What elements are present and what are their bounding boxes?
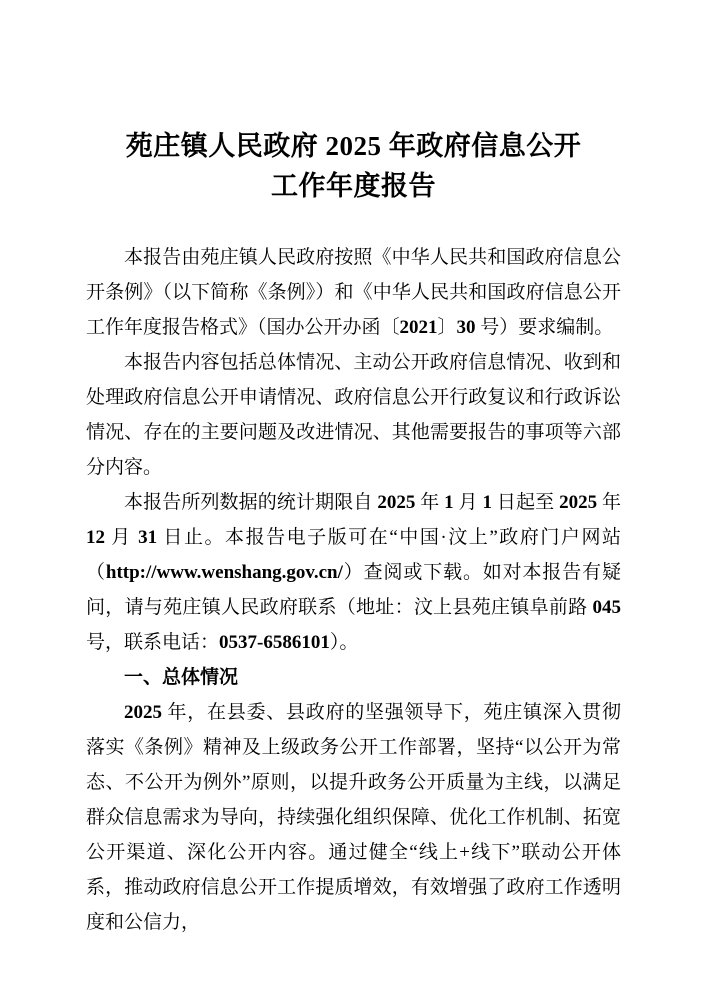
text-run: 31 [138,527,157,548]
paragraph-overall-situation: 2025 年，在县委、县政府的坚强领导下，苑庄镇深入贯彻落实《条例》精神及上级政… [86,695,621,940]
text-run: 号，联系电话： [86,632,219,653]
text-run: 12 [86,527,105,548]
text-run: 月 [105,527,138,548]
text-run: 年 [597,492,621,513]
text-run: 本报告所列数据的统计期限自 [124,492,377,513]
title-line-2: 工作年度报告 [0,166,707,206]
page-title: 苑庄镇人民政府 2025 年政府信息公开 工作年度报告 [0,0,707,206]
document-page: 苑庄镇人民政府 2025 年政府信息公开 工作年度报告 本报告由苑庄镇人民政府按… [0,0,707,999]
paragraph-basis: 本报告由苑庄镇人民政府按照《中华人民共和国政府信息公开条例》（以下简称《条例》）… [86,240,621,345]
text-run: 1 [483,492,493,513]
text-run: 2025 [377,492,415,513]
text-run: 30 [457,317,476,338]
paragraph-period-contact: 本报告所列数据的统计期限自 2025 年 1 月 1 日起至 2025 年 12… [86,485,621,660]
text-run: 1 [444,492,454,513]
text-run: 号）要求编制。 [476,317,614,338]
text-run: 〕 [438,317,457,338]
text-run: 年，在县委、县政府的坚强领导下，苑庄镇深入贯彻落实《条例》精神及上级政务公开工作… [86,702,621,933]
text-run: ）。 [330,632,359,653]
text-run: http://www.wenshang.gov.cn/ [106,562,343,583]
title-line-1: 苑庄镇人民政府 2025 年政府信息公开 [0,126,707,166]
text-run: 2021 [400,317,438,338]
text-run: 2025 [559,492,597,513]
text-run: 一、总体情况 [124,667,238,688]
text-run: 0537-6586101 [219,632,330,653]
text-run: 月 [454,492,483,513]
text-run: 2025 [124,702,162,723]
document-body: 本报告由苑庄镇人民政府按照《中华人民共和国政府信息公开条例》（以下简称《条例》）… [86,240,621,940]
section-heading-overall-situation: 一、总体情况 [86,660,621,695]
text-run: 日起至 [492,492,559,513]
paragraph-contents: 本报告内容包括总体情况、主动公开政府信息情况、收到和处理政府信息公开申请情况、政… [86,345,621,485]
text-run: 年 [415,492,444,513]
text-run: 本报告内容包括总体情况、主动公开政府信息情况、收到和处理政府信息公开申请情况、政… [86,352,621,478]
text-run: 045 [593,597,622,618]
